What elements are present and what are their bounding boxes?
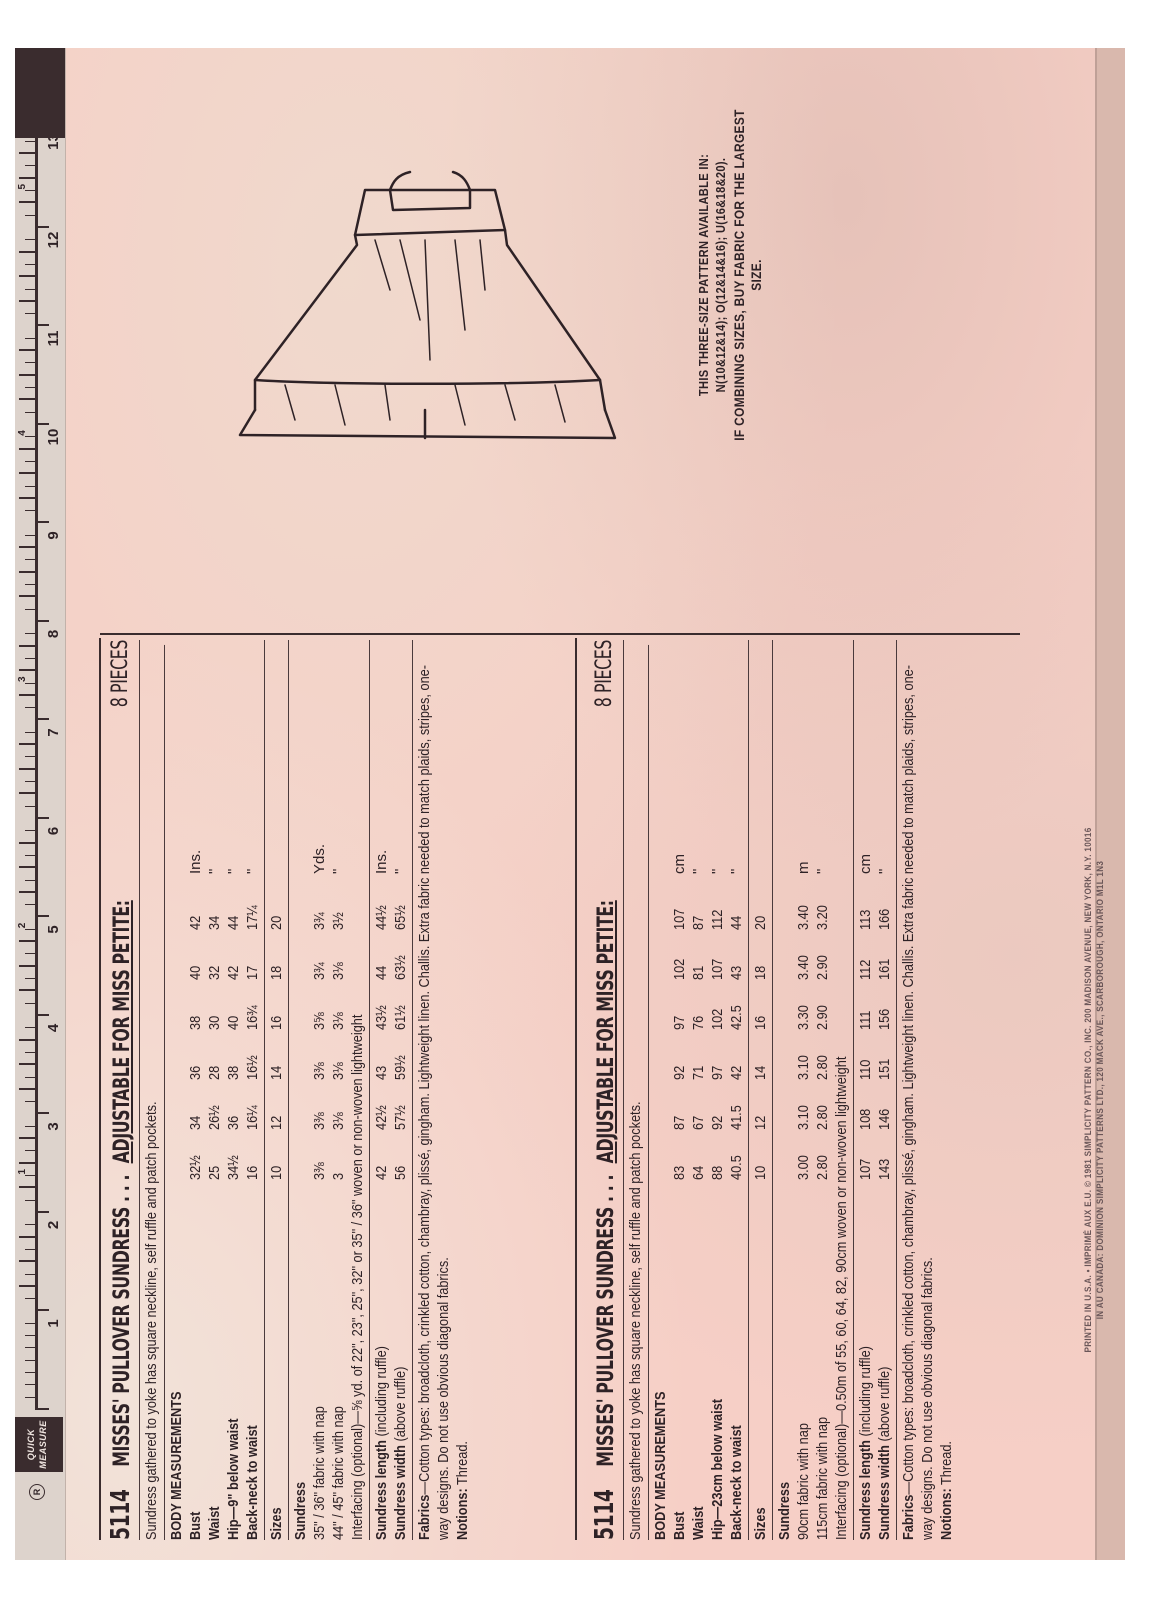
fabric-requirements-block: Sundress 35" / 36" fabric with nap3⅜3⅜3⅜… — [289, 640, 370, 1540]
cell-value: 107 — [856, 1138, 875, 1181]
cell-value: 42 — [224, 938, 243, 981]
section-top-rule — [99, 638, 101, 1540]
cell-value: 2.90 — [813, 988, 832, 1031]
fabrics-text: —Cotton types: broadcloth, crinkled cott… — [416, 665, 452, 1540]
ruler-tick — [19, 1186, 35, 1188]
cell-value: 83 — [670, 1138, 689, 1181]
table-row: Bust32½3436384042Ins. — [186, 640, 205, 1540]
ruler-tick — [35, 1113, 49, 1115]
cell-value: 34 — [205, 888, 224, 931]
ruler-tick — [19, 251, 35, 253]
ruler-inch-number: 7 — [45, 728, 62, 736]
measure-label: MEASURE — [37, 1417, 49, 1472]
cell-value: 3⅛ — [329, 1088, 348, 1131]
ruler-tick — [25, 387, 35, 388]
cell-value: 3.20 — [813, 888, 832, 931]
cell-value: 32½ — [186, 1138, 205, 1181]
row-label: 44" / 45" fabric with nap — [329, 1234, 348, 1540]
pattern-title: MISSES' PULLOVER SUNDRESS . . . — [594, 1175, 619, 1467]
pattern-title: MISSES' PULLOVER SUNDRESS . . . — [110, 1175, 135, 1467]
ruler-tick — [25, 707, 35, 708]
ruler-secondary-number: 2 — [17, 923, 28, 929]
cell-value: 65½ — [391, 888, 410, 931]
ruler-tick — [25, 165, 35, 166]
cell-value: 71 — [689, 1038, 708, 1081]
cell-value: 43 — [372, 1038, 391, 1081]
ruler-tick — [19, 792, 35, 794]
ruler-tick — [25, 1397, 35, 1398]
ruler-tick — [25, 412, 35, 413]
ruler-tick — [19, 571, 35, 573]
cell-value: 81 — [689, 938, 708, 981]
ruler-tick — [19, 743, 35, 745]
cell-value: 166 — [875, 888, 894, 931]
cell-value: 43½ — [372, 988, 391, 1031]
ruler-tick — [19, 989, 35, 991]
cell-value: 32 — [205, 938, 224, 981]
section-title: 5114 MISSES' PULLOVER SUNDRESS . . . ADJ… — [587, 640, 624, 1540]
pattern-description: Sundress gathered to yoke has square nec… — [140, 645, 165, 1540]
ruler-tick — [25, 1249, 35, 1250]
sizes-block: Sizes101214161820 — [265, 640, 289, 1540]
cell-value: 40 — [224, 988, 243, 1031]
unit-label: " — [243, 834, 262, 874]
table-row: 115cm fabric with nap2.802.802.802.902.9… — [813, 640, 832, 1540]
row-label: Bust — [670, 1234, 689, 1540]
unit-label: " — [727, 834, 746, 874]
ruler-tick — [25, 510, 35, 511]
ruler-tick — [19, 1063, 35, 1065]
cell-value: 110 — [856, 1038, 875, 1081]
ruler-secondary-number: 4 — [17, 430, 28, 436]
cell-value: 36 — [224, 1088, 243, 1131]
table-row: Waist646771768187" — [689, 640, 708, 1540]
unit-label: m — [794, 834, 813, 874]
ruler-end-block — [15, 48, 65, 138]
cell-value: 42.5 — [727, 988, 746, 1031]
ruler-tick — [35, 226, 49, 228]
vertical-divider — [100, 633, 1020, 635]
ruler-tick — [19, 1236, 35, 1238]
cell-value: 102 — [670, 938, 689, 981]
fabrics-label: Fabrics — [900, 1495, 917, 1540]
pattern-envelope-back: R QUICK MEASURE 123456789101112131415123… — [15, 48, 1125, 1560]
ruler-tick — [19, 669, 35, 671]
ruler-tick — [19, 842, 35, 844]
ruler-tick — [25, 1126, 35, 1127]
size-value: 20 — [751, 888, 770, 931]
size-value: 14 — [267, 1038, 286, 1081]
cell-value: 3⅝ — [310, 988, 329, 1031]
ruler-tick — [19, 448, 35, 450]
row-label: 35" / 36" fabric with nap — [310, 1234, 329, 1540]
ruler-tick — [19, 1039, 35, 1041]
ruler-tick — [25, 1323, 35, 1324]
adjustable-note: ADJUSTABLE FOR MISS PETITE: — [594, 900, 619, 1163]
row-label: Bust — [186, 1234, 205, 1540]
cell-value: 146 — [875, 1088, 894, 1131]
unit-label: " — [391, 834, 410, 874]
fabrics-label: Fabrics — [416, 1495, 433, 1540]
ruler-inch-number: 1 — [45, 1319, 62, 1327]
cell-value: 2.80 — [813, 1138, 832, 1181]
ruler-tick — [25, 1052, 35, 1053]
cell-value: 3.30 — [794, 988, 813, 1031]
row-label: 90cm fabric with nap — [794, 1234, 813, 1540]
cell-value: 42 — [186, 888, 205, 931]
ruler-tick — [25, 535, 35, 536]
fabric-header: Sundress — [775, 1234, 794, 1540]
cell-value: 102 — [708, 988, 727, 1031]
finished-measurements-block: Sundress length (including ruffle)4242½4… — [370, 640, 413, 1540]
ruler-tick — [25, 756, 35, 757]
ruler-inch-number: 10 — [45, 429, 62, 446]
ruler-tick — [25, 559, 35, 560]
cell-value: 151 — [875, 1038, 894, 1081]
ruler-tick — [19, 1088, 35, 1090]
sizes-block: Sizes101214161820 — [749, 640, 773, 1540]
cell-value: 2.80 — [813, 1038, 832, 1081]
ruler-secondary-number: 1 — [17, 1169, 28, 1175]
pieces-count: 8 PIECES — [103, 640, 139, 707]
size-value: 12 — [751, 1088, 770, 1131]
cell-value: 76 — [689, 988, 708, 1031]
table-row: Hip—9" below waist34½3638404244" — [224, 640, 243, 1540]
cell-value: 3.00 — [794, 1138, 813, 1181]
quick-measure-label: QUICK MEASURE — [15, 1417, 63, 1472]
ruler-tick — [19, 965, 35, 967]
ruler-tick — [25, 584, 35, 585]
ruler-tick — [25, 904, 35, 905]
unit-label: cm — [856, 834, 875, 874]
ruler-tick — [25, 1335, 35, 1336]
section-title: 5114 MISSES' PULLOVER SUNDRESS . . . ADJ… — [103, 640, 140, 1540]
ruler-inch-number: 6 — [45, 827, 62, 835]
cell-value: 107 — [670, 888, 689, 931]
row-label: Back-neck to waist — [727, 1234, 746, 1540]
table-row: Back-neck to waist40.541.54242.54344" — [727, 640, 746, 1540]
ruler-tick — [19, 152, 35, 154]
cell-value: 25 — [205, 1138, 224, 1181]
unit-label: " — [205, 834, 224, 874]
ruler-tick — [19, 694, 35, 696]
cell-value: 59½ — [391, 1038, 410, 1081]
cell-value: 38 — [224, 1038, 243, 1081]
cell-value: 161 — [875, 938, 894, 981]
ruler-tick — [25, 1347, 35, 1348]
ruler-tick — [19, 1137, 35, 1139]
ruler-tick — [25, 1175, 35, 1176]
size-value: 18 — [267, 938, 286, 981]
cell-value: 3⅛ — [329, 1038, 348, 1081]
table-row: 90cm fabric with nap3.003.103.103.303.40… — [794, 640, 813, 1540]
ruler-tick — [35, 1211, 49, 1213]
ruler-baseline — [35, 138, 38, 1410]
cell-value: 17¼ — [243, 888, 262, 931]
ruler-tick — [19, 497, 35, 499]
ruler-tick — [35, 1408, 49, 1410]
table-row: Sundress width (above ruffle)5657½59½61½… — [391, 640, 410, 1540]
ruler-tick — [25, 978, 35, 979]
ruler-tick — [25, 1384, 35, 1385]
ruler-tick — [19, 398, 35, 400]
ruler-tick — [19, 940, 35, 942]
size-availability-note: THIS THREE-SIZE PATTERN AVAILABLE IN: N(… — [695, 92, 765, 458]
table-row: Bust83879297102107cm — [670, 640, 689, 1540]
ruler-inch-number: 12 — [45, 232, 62, 249]
pattern-description: Sundress gathered to yoke has square nec… — [624, 645, 649, 1540]
cell-value: 61½ — [391, 988, 410, 1031]
interfacing-note: Interfacing (optional)—0.50m of 55, 60, … — [832, 645, 851, 1540]
cell-value: 64 — [689, 1138, 708, 1181]
ruler-tick — [35, 1310, 49, 1312]
ruler-tick — [25, 658, 35, 659]
printer-line1: PRINTED IN U.S.A. • IMPRIMÉ AUX E.U. © 1… — [1083, 708, 1095, 1473]
row-label: Waist — [205, 1234, 224, 1540]
ruler-tick — [19, 300, 35, 302]
size-value: 18 — [751, 938, 770, 981]
cell-value: 42½ — [372, 1088, 391, 1131]
cell-value: 16 — [243, 1138, 262, 1181]
cell-value: 2.90 — [813, 938, 832, 981]
body-measurements-block: BODY MEASUREMENTS Bust83879297102107cmWa… — [649, 640, 749, 1540]
size-note-line2: N(10&12&14); O(12&14&16); U(16&18&20). — [712, 92, 729, 458]
cell-value: 57½ — [391, 1088, 410, 1131]
cell-value: 3.40 — [794, 888, 813, 931]
ruler-tick — [25, 633, 35, 634]
row-label: Sundress length (including ruffle) — [856, 1234, 875, 1540]
ruler-tick — [19, 374, 35, 376]
metric-section: 5114 MISSES' PULLOVER SUNDRESS . . . ADJ… — [587, 640, 956, 1540]
ruler-tick — [25, 486, 35, 487]
cell-value: 2.80 — [813, 1088, 832, 1131]
cell-value: 92 — [670, 1038, 689, 1081]
cell-value: 56 — [391, 1138, 410, 1181]
row-label: Back-neck to waist — [243, 1234, 262, 1540]
ruler-tick — [19, 866, 35, 868]
cell-value: 3½ — [329, 888, 348, 931]
ruler-tick — [19, 472, 35, 474]
ruler-tick — [19, 177, 35, 179]
unit-label: " — [875, 834, 894, 874]
ruler-tick — [25, 1372, 35, 1373]
unit-label: " — [813, 834, 832, 874]
ruler-tick — [19, 201, 35, 203]
ruler-tick — [25, 215, 35, 216]
unit-label: " — [329, 834, 348, 874]
size-value: 12 — [267, 1088, 286, 1131]
table-row: Back-neck to waist1616¼16½16¾1717¼" — [243, 640, 262, 1540]
ruler-tick — [25, 1101, 35, 1102]
notions-label: Notions: — [938, 1488, 955, 1540]
ruler-tick — [25, 830, 35, 831]
cell-value: 44 — [727, 888, 746, 931]
cell-value: 67 — [689, 1088, 708, 1131]
table-row: Waist2526½28303234" — [205, 640, 224, 1540]
ruler-inch-number: 3 — [45, 1122, 62, 1130]
ruler-tick — [19, 891, 35, 893]
cell-value: 3⅜ — [310, 1088, 329, 1131]
cell-value: 88 — [708, 1138, 727, 1181]
adjustable-note: ADJUSTABLE FOR MISS PETITE: — [110, 900, 135, 1163]
cell-value: 97 — [708, 1038, 727, 1081]
ruler-inch-number: 8 — [45, 630, 62, 638]
row-label: Waist — [689, 1234, 708, 1540]
ruler-tick — [25, 1274, 35, 1275]
cell-value: 38 — [186, 988, 205, 1031]
cell-value: 16½ — [243, 1038, 262, 1081]
cell-value: 92 — [708, 1088, 727, 1131]
ruler-tick — [19, 645, 35, 647]
cell-value: 44 — [224, 888, 243, 931]
pattern-number: 5114 — [590, 1490, 620, 1540]
imperial-section: 5114 MISSES' PULLOVER SUNDRESS . . . ADJ… — [103, 640, 472, 1540]
cell-value: 97 — [670, 988, 689, 1031]
ruler-tick — [25, 880, 35, 881]
cell-value: 26½ — [205, 1088, 224, 1131]
cell-value: 16¼ — [243, 1088, 262, 1131]
cell-value: 3 — [329, 1138, 348, 1181]
cell-value: 40.5 — [727, 1138, 746, 1181]
rotated-content: R QUICK MEASURE 123456789101112131415123… — [15, 48, 1125, 1560]
sizes-label: Sizes — [751, 1234, 770, 1540]
row-label: Sundress length (including ruffle) — [372, 1234, 391, 1540]
ruler-tick — [25, 1224, 35, 1225]
cell-value: 17 — [243, 938, 262, 981]
row-label: 115cm fabric with nap — [813, 1234, 832, 1540]
ruler-tick — [25, 1027, 35, 1028]
fabrics-notions: Fabrics—Cotton types: broadcloth, crinkl… — [897, 645, 956, 1540]
ruler-tick — [25, 609, 35, 610]
cell-value: 112 — [856, 938, 875, 981]
ruler-tick — [19, 1285, 35, 1287]
cell-value: 143 — [875, 1138, 894, 1181]
ruler-secondary-number: 3 — [17, 676, 28, 682]
size-value: 14 — [751, 1038, 770, 1081]
ruler-tick — [25, 264, 35, 265]
ruler-inch-number: 9 — [45, 531, 62, 539]
ruler-tick — [35, 620, 49, 622]
ruler-tick — [25, 1003, 35, 1004]
cell-value: 40 — [186, 938, 205, 981]
cell-value: 44 — [372, 938, 391, 981]
cell-value: 3⅜ — [310, 1138, 329, 1181]
cell-value: 3.40 — [794, 938, 813, 981]
cell-value: 42 — [727, 1038, 746, 1081]
ruler-tick — [25, 190, 35, 191]
ruler-tick — [25, 1077, 35, 1078]
size-value: 10 — [267, 1138, 286, 1181]
ruler-tick — [25, 239, 35, 240]
printer-line2: IN AU CANADA: DOMINION SIMPLICITY PATTER… — [1095, 708, 1107, 1473]
notions-label: Notions: — [454, 1488, 471, 1540]
pieces-count: 8 PIECES — [587, 640, 623, 707]
unit-label: " — [689, 834, 708, 874]
ruler-tick — [19, 595, 35, 597]
fabric-header: Sundress — [291, 1234, 310, 1540]
cell-value: 113 — [856, 888, 875, 931]
row-label: Hip—23cm below waist — [708, 1234, 727, 1540]
cell-value: 156 — [875, 988, 894, 1031]
ruler-tick — [35, 916, 49, 918]
size-note-line3: IF COMBINING SIZES, BUY FABRIC FOR THE L… — [731, 92, 765, 458]
size-note-line1: THIS THREE-SIZE PATTERN AVAILABLE IN: — [695, 92, 712, 458]
cell-value: 63½ — [391, 938, 410, 981]
ruler-tick — [35, 817, 49, 819]
fabrics-text: —Cotton types: broadcloth, crinkled cott… — [900, 665, 936, 1540]
sizes-label: Sizes — [267, 1234, 286, 1540]
table-row: 44" / 45" fabric with nap33⅛3⅛3⅛3⅛3½" — [329, 640, 348, 1540]
cell-value: 43 — [727, 938, 746, 981]
finished-measurements-block: Sundress length (including ruffle)107108… — [854, 640, 897, 1540]
notions-text: Thread. — [454, 1441, 471, 1488]
table-row: 35" / 36" fabric with nap3⅜3⅜3⅜3⅝3¾3¾Yds… — [310, 640, 329, 1540]
quick-label: QUICK — [25, 1417, 37, 1472]
ruler-tick — [25, 781, 35, 782]
ruler-secondary-number: 5 — [17, 184, 28, 190]
table-row: Sundress length (including ruffle)4242½4… — [372, 640, 391, 1540]
fabrics-notions: Fabrics—Cotton types: broadcloth, crinkl… — [413, 645, 472, 1540]
table-row: Sundress length (including ruffle)107108… — [856, 640, 875, 1540]
cell-value: 34½ — [224, 1138, 243, 1181]
unit-label: Yds. — [310, 834, 329, 874]
ruler-inch-number: 5 — [45, 925, 62, 933]
cell-value: 36 — [186, 1038, 205, 1081]
ruler-tick — [35, 325, 49, 327]
size-value: 10 — [751, 1138, 770, 1181]
row-label: Sundress width (above ruffle) — [391, 1234, 410, 1540]
pattern-number: 5114 — [106, 1490, 136, 1540]
fabric-requirements-block: Sundress 90cm fabric with nap3.003.103.1… — [773, 640, 854, 1540]
cell-value: 3.10 — [794, 1038, 813, 1081]
cell-value: 3¾ — [310, 938, 329, 981]
unit-label: " — [224, 834, 243, 874]
ruler-tick — [25, 338, 35, 339]
cell-value: 16¾ — [243, 988, 262, 1031]
ruler-tick — [25, 362, 35, 363]
ruler-tick — [35, 1014, 49, 1016]
ruler-tick — [25, 1298, 35, 1299]
ruler-tick — [19, 349, 35, 351]
ruler-tick — [25, 683, 35, 684]
ruler-tick — [35, 719, 49, 721]
size-value: 16 — [267, 988, 286, 1031]
ruler-tick — [19, 1260, 35, 1262]
table-row: Hip—23cm below waist889297102107112" — [708, 640, 727, 1540]
ruler-tick — [25, 461, 35, 462]
cell-value: 3.10 — [794, 1088, 813, 1131]
unit-label: Ins. — [186, 834, 205, 874]
cell-value: 3⅜ — [310, 1038, 329, 1081]
cell-value: 87 — [670, 1088, 689, 1131]
unit-label: cm — [670, 834, 689, 874]
quick-measure-ruler: R QUICK MEASURE 123456789101112131415123… — [15, 48, 66, 1560]
ruler-tick — [25, 929, 35, 930]
ruler-tick — [25, 313, 35, 314]
cell-value: 41.5 — [727, 1088, 746, 1131]
size-value: 16 — [751, 988, 770, 1031]
sundress-line-drawing-icon — [215, 170, 675, 440]
body-measurements-header: BODY MEASUREMENTS — [651, 1234, 670, 1540]
cell-value: 28 — [205, 1038, 224, 1081]
ruler-tick — [25, 855, 35, 856]
registered-mark-icon: R — [29, 1484, 45, 1500]
cell-value: 44½ — [372, 888, 391, 931]
unit-label: " — [708, 834, 727, 874]
ruler-tick — [25, 806, 35, 807]
ruler-inch-number: 11 — [45, 331, 62, 347]
cell-value: 42 — [372, 1138, 391, 1181]
